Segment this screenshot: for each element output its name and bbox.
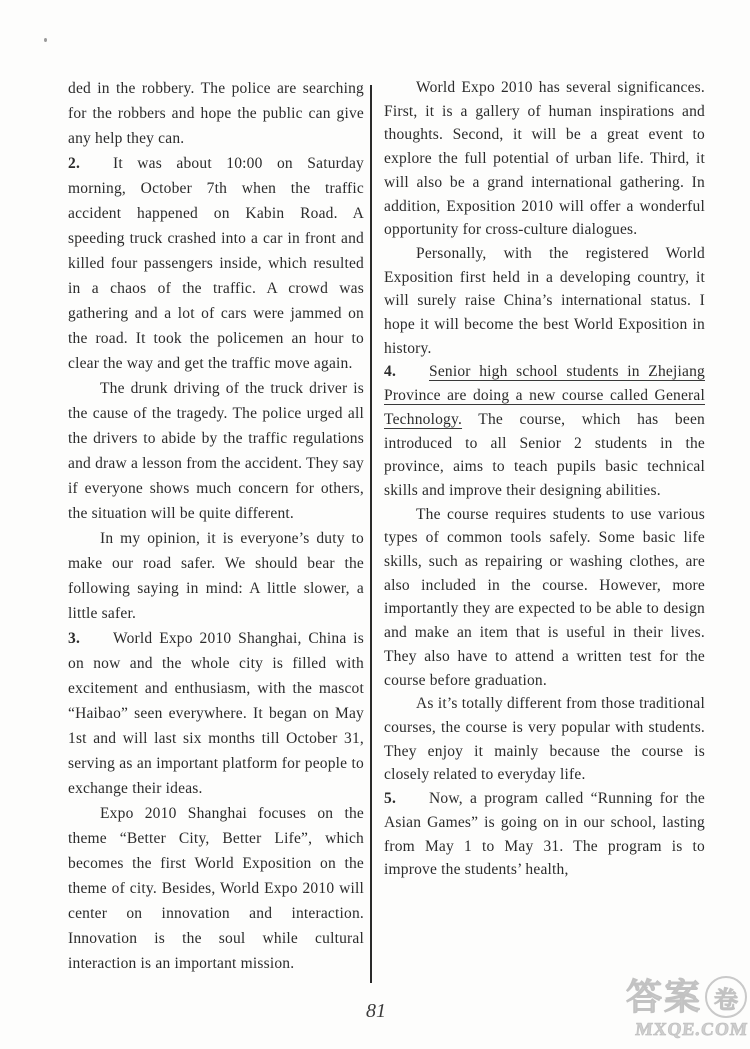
page-number: 81 <box>366 1000 386 1023</box>
item-number: 4. <box>384 360 429 384</box>
paragraph: In my opinion, it is everyone’s duty to … <box>68 526 364 626</box>
paragraph: Expo 2010 Shanghai focuses on the theme … <box>68 801 364 976</box>
right-text-column: World Expo 2010 has several significance… <box>384 76 705 882</box>
scan-speck <box>44 38 47 42</box>
text-segment: The drunk driving of the truck driver is… <box>68 380 364 522</box>
text-segment: World Expo 2010 has several significance… <box>384 79 705 238</box>
paragraph: Personally, with the registered World Ex… <box>384 242 705 361</box>
text-segment: As it’s totally different from those tra… <box>384 695 705 783</box>
item-number: 5. <box>384 787 429 811</box>
watermark-brand-text: 答案 <box>626 979 702 1015</box>
numbered-paragraph: 5.Now, a program called “Running for the… <box>384 787 705 882</box>
watermark-circle-icon: 卷 <box>705 976 747 1018</box>
numbered-paragraph: 2.It was about 10:00 on Saturday morning… <box>68 151 364 376</box>
text-segment: World Expo 2010 Shanghai, China is on no… <box>68 630 364 797</box>
item-number: 2. <box>68 151 113 176</box>
paragraph: The course requires students to use vari… <box>384 503 705 693</box>
paragraph: World Expo 2010 has several significance… <box>384 76 705 242</box>
text-segment: It was about 10:00 on Saturday morning, … <box>68 155 364 372</box>
text-segment: ded in the robbery. The police are searc… <box>68 80 364 147</box>
watermark-site-text: MXQE.COM <box>597 1019 750 1040</box>
text-segment: The course requires students to use vari… <box>384 506 705 689</box>
numbered-paragraph: 4.Senior high school students in Zhejian… <box>384 360 705 502</box>
paragraph: The drunk driving of the truck driver is… <box>68 376 364 526</box>
text-segment: In my opinion, it is everyone’s duty to … <box>68 530 364 622</box>
text-segment: Now, a program called “Running for the A… <box>384 790 705 878</box>
watermark-logo: 答案 卷 <box>598 976 750 1018</box>
numbered-paragraph: 3.World Expo 2010 Shanghai, China is on … <box>68 626 364 801</box>
text-segment: Personally, with the registered World Ex… <box>384 245 705 357</box>
left-text-column: ded in the robbery. The police are searc… <box>68 76 364 976</box>
paragraph: ded in the robbery. The police are searc… <box>68 76 364 151</box>
watermark: 答案 卷 MXQE.COM <box>598 976 750 1040</box>
paragraph: As it’s totally different from those tra… <box>384 692 705 787</box>
scanned-book-page: ded in the robbery. The police are searc… <box>0 0 750 1049</box>
text-segment: Expo 2010 Shanghai focuses on the theme … <box>68 805 364 972</box>
column-divider-rule <box>370 85 372 983</box>
item-number: 3. <box>68 626 113 651</box>
